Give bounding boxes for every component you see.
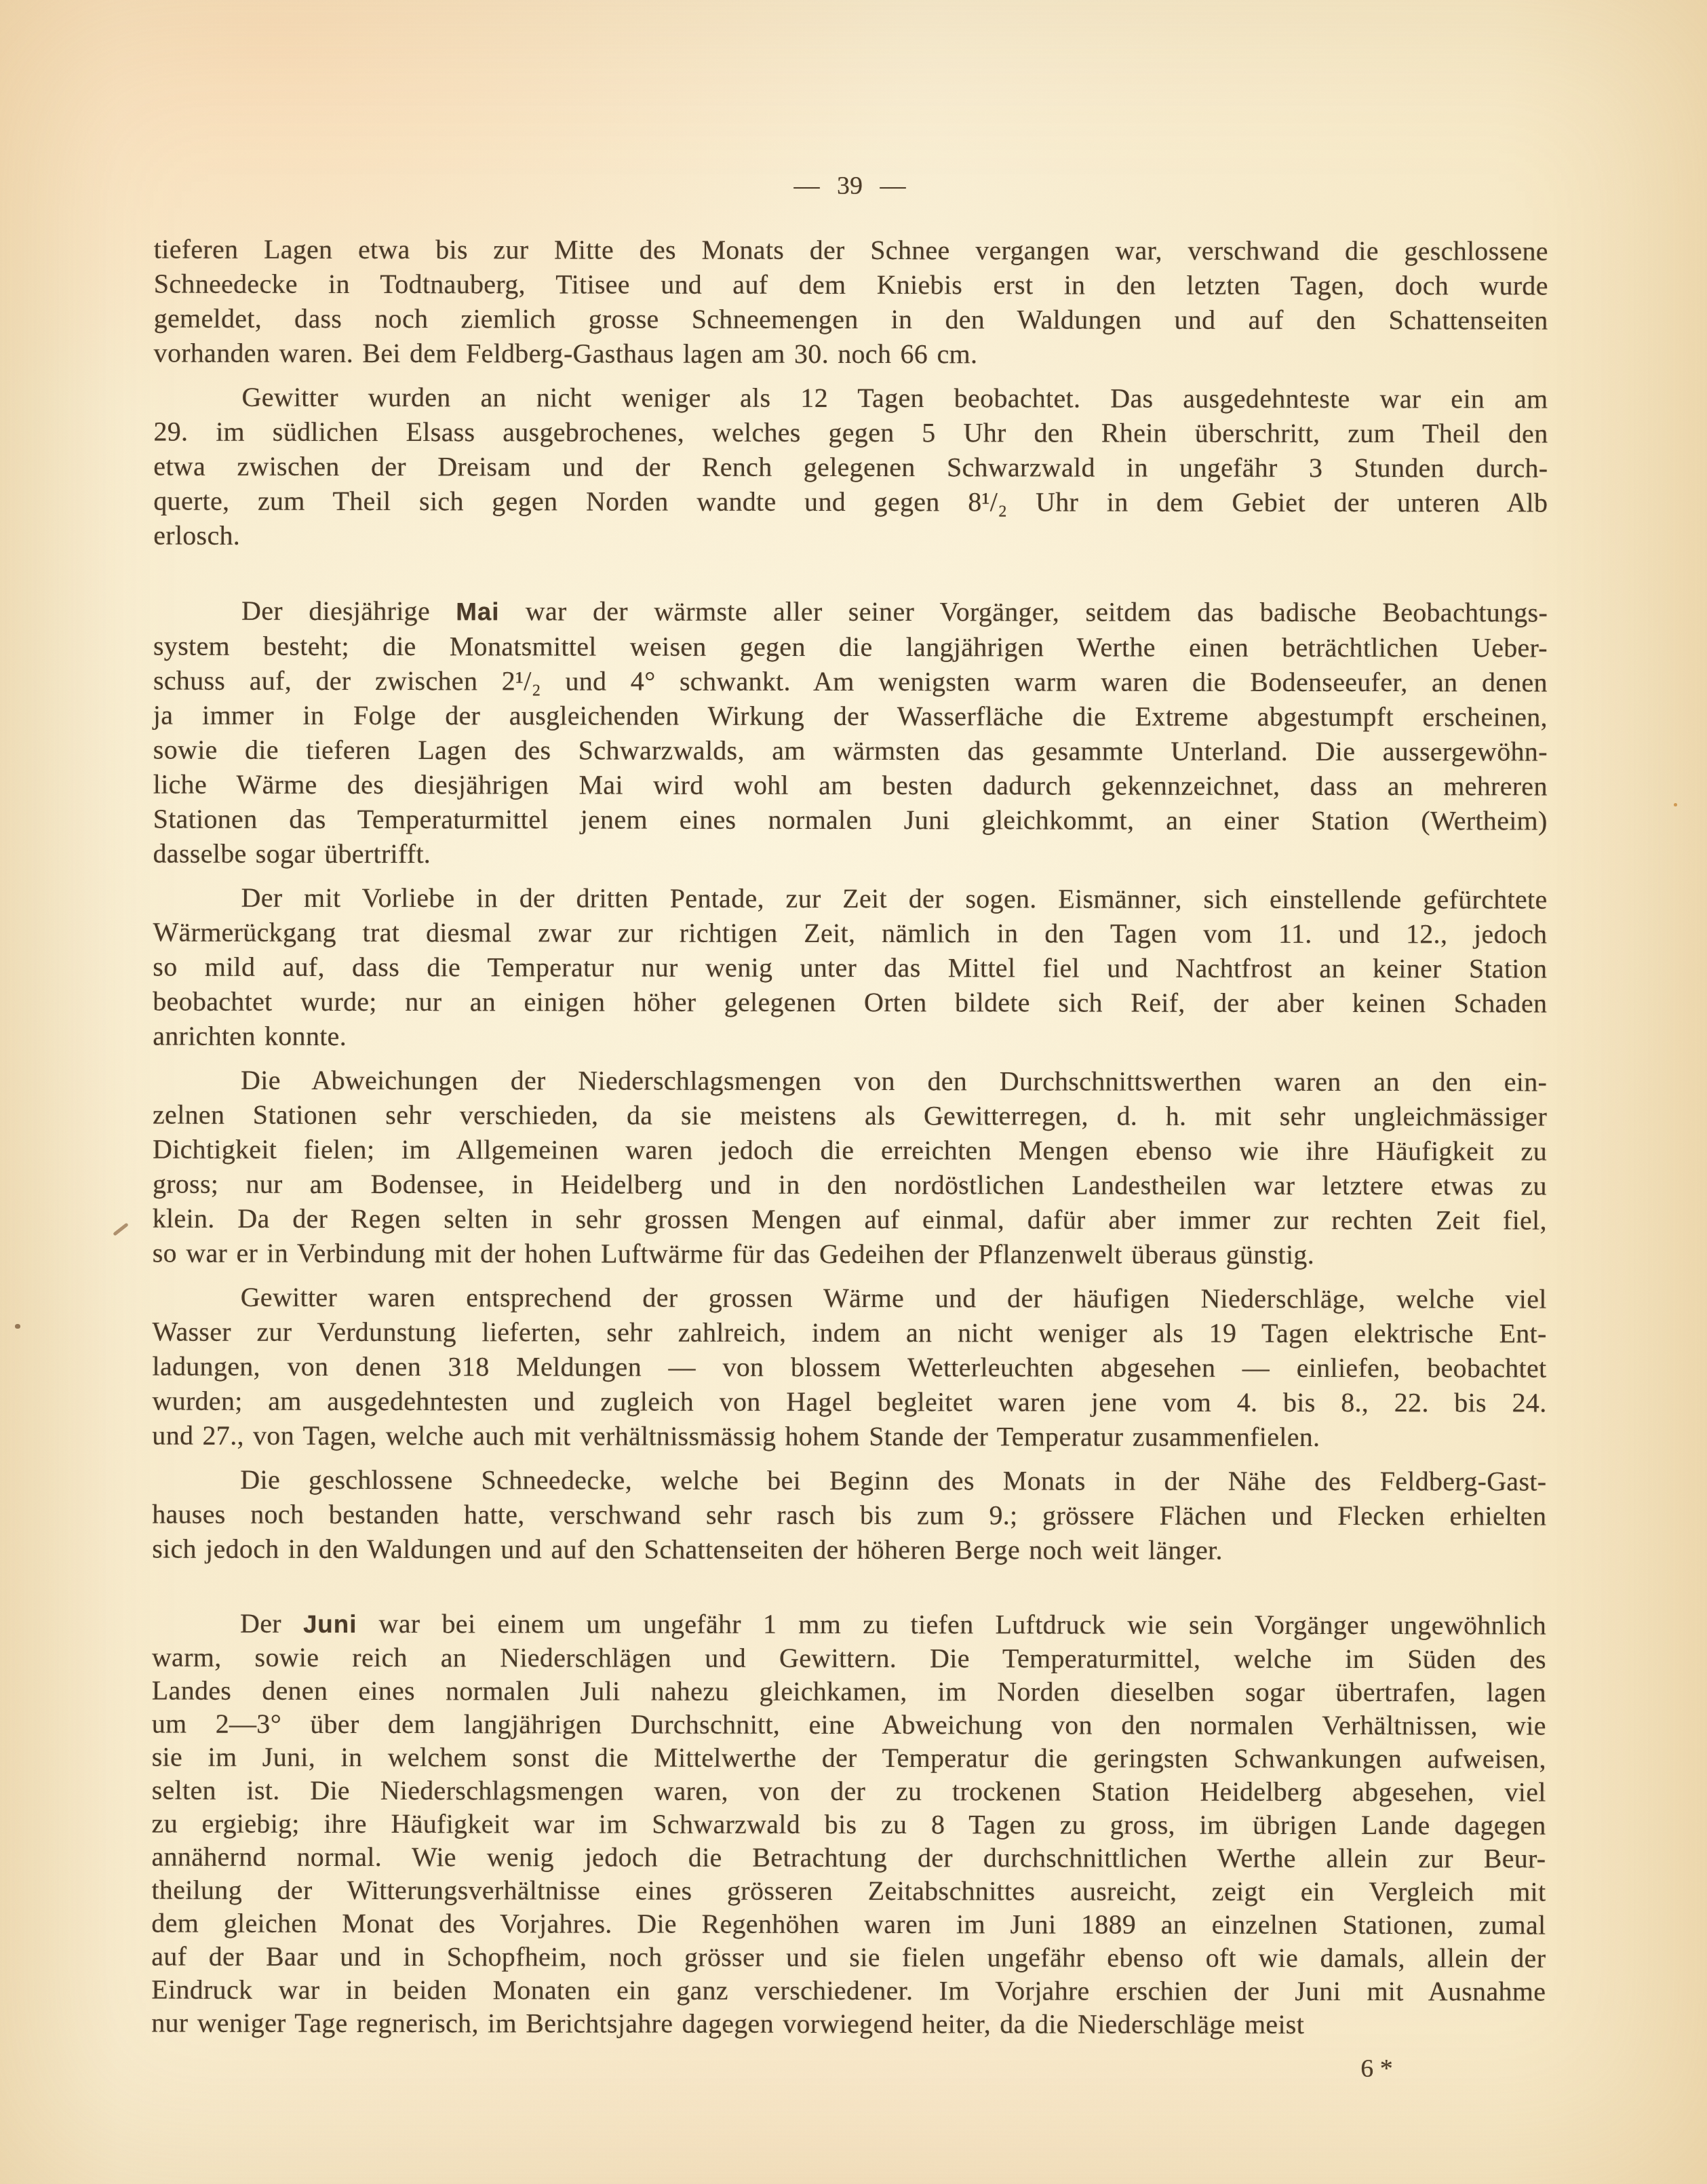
text-line: Stationen das Temperaturmittel jenem ein… xyxy=(153,802,1548,838)
text-line: klein. Da der Regen selten in sehr gross… xyxy=(153,1201,1547,1238)
text-line: beobachtet wurde; nur an einigen höher g… xyxy=(153,984,1547,1021)
text-line: Der diesjährige Mai war der wärmste alle… xyxy=(153,593,1548,631)
paragraph: Die geschlossene Schneedecke, welche bei… xyxy=(152,1462,1546,1568)
text-line: auf der Baar und in Schopfheim, noch grö… xyxy=(151,1940,1546,1975)
text-line: hauses noch bestanden hatte, verschwand … xyxy=(152,1497,1546,1534)
text-line: vorhanden waren. Bei dem Feldberg-Gastha… xyxy=(154,336,1548,372)
text-line: Wärmerückgang trat diesmal zwar zur rich… xyxy=(153,915,1547,952)
paper-speck xyxy=(15,1324,20,1329)
page-number: — 39 — xyxy=(153,171,1547,201)
text-line: erlosch. xyxy=(153,518,1548,555)
text-line: gross; nur am Bodensee, in Heidelberg un… xyxy=(153,1167,1547,1203)
paragraph: Die Abweichungen der Niederschlagsmengen… xyxy=(153,1063,1547,1272)
text-line: etwa zwischen der Dreisam und der Rench … xyxy=(153,449,1548,486)
text-line: gemeldet, dass noch ziemlich grosse Schn… xyxy=(154,301,1548,338)
text-line: schuss auf, der zwischen 2¹/₂ und 4° sch… xyxy=(153,663,1548,700)
text-line: nur weniger Tage regnerisch, im Berichts… xyxy=(151,2006,1546,2042)
paragraph: Gewitter waren entsprechend der grossen … xyxy=(152,1280,1546,1455)
scanned-page: — 39 — tieferen Lagen etwa bis zur Mitte… xyxy=(0,0,1707,2184)
text-line: warm, sowie reich an Niederschlägen und … xyxy=(152,1641,1546,1676)
text-line: zu ergiebig; ihre Häufigkeit war im Schw… xyxy=(152,1807,1546,1842)
text-line: dem gleichen Monat des Vorjahres. Die Re… xyxy=(151,1907,1546,1942)
text-line: 29. im südlichen Elsass ausgebrochenes, … xyxy=(153,414,1548,451)
paragraph: tieferen Lagen etwa bis zur Mitte des Mo… xyxy=(154,232,1548,372)
text-line: Wasser zur Verdunstung lieferten, sehr z… xyxy=(153,1314,1547,1351)
text-line: so war er in Verbindung mit der hohen Lu… xyxy=(153,1236,1547,1272)
text-line: zelnen Stationen sehr verschieden, da si… xyxy=(153,1097,1547,1134)
text-line: Landes denen eines normalen Juli nahezu … xyxy=(152,1674,1546,1709)
paragraph: Gewitter wurden an nicht weniger als 12 … xyxy=(153,380,1548,555)
text-line: Die geschlossene Schneedecke, welche bei… xyxy=(152,1462,1546,1499)
text-line: Gewitter wurden an nicht weniger als 12 … xyxy=(153,380,1548,416)
text-line: wurden; am ausgedehntesten und zugleich … xyxy=(152,1384,1546,1420)
paper-speck xyxy=(1674,803,1677,806)
text-line: querte, zum Theil sich gegen Norden wand… xyxy=(153,484,1548,520)
paragraph: Der mit Vorliebe in der dritten Pentade,… xyxy=(153,880,1547,1055)
pencil-check-mark xyxy=(113,1223,129,1236)
page-text: tieferen Lagen etwa bis zur Mitte des Mo… xyxy=(151,232,1548,2051)
text-line: Dichtigkeit fielen; im Allgemeinen waren… xyxy=(153,1132,1547,1169)
text-line: sich jedoch in den Waldungen und auf den… xyxy=(152,1532,1546,1568)
paragraph: Der diesjährige Mai war der wärmste alle… xyxy=(153,593,1548,873)
text-line: sie im Juni, in welchem sonst die Mittel… xyxy=(152,1740,1546,1776)
text-line: ladungen, von denen 318 Meldungen — von … xyxy=(153,1349,1547,1386)
text-line: anrichten konnte. xyxy=(153,1019,1547,1055)
printer-signature: 6 * xyxy=(1309,2054,1445,2084)
text-line: annähernd normal. Wie wenig jedoch die B… xyxy=(151,1840,1546,1875)
text-line: tieferen Lagen etwa bis zur Mitte des Mo… xyxy=(154,232,1548,269)
text-line: selten ist. Die Niederschlagsmengen ware… xyxy=(152,1774,1546,1809)
text-line: Eindruck war in beiden Monaten ein ganz … xyxy=(151,1973,1546,2008)
text-line: Gewitter waren entsprechend der grossen … xyxy=(153,1280,1547,1317)
text-line: sowie die tieferen Lagen des Schwarzwald… xyxy=(153,733,1548,769)
text-line: um 2—3° über dem langjährigen Durchschni… xyxy=(152,1707,1546,1742)
text-line: und 27., von Tagen, welche auch mit verh… xyxy=(152,1418,1546,1455)
text-line: Der mit Vorliebe in der dritten Pentade,… xyxy=(153,880,1547,917)
text-line: liche Wärme des diesjährigen Mai wird wo… xyxy=(153,767,1548,804)
text-line: Der Juni war bei einem um ungefähr 1 mm … xyxy=(152,1607,1546,1643)
paragraph: Der Juni war bei einem um ungefähr 1 mm … xyxy=(151,1607,1546,2042)
text-line: so mild auf, dass die Temperatur nur wen… xyxy=(153,950,1547,986)
text-line: Schneedecke in Todtnauberg, Titisee und … xyxy=(154,267,1548,303)
text-line: system besteht; die Monatsmittel weisen … xyxy=(153,629,1548,665)
text-line: theilung der Witterungsverhältnisse eine… xyxy=(151,1873,1546,1909)
text-line: ja immer in Folge der ausgleichenden Wir… xyxy=(153,698,1548,735)
text-line: dasselbe sogar übertrifft. xyxy=(153,836,1548,873)
text-line: Die Abweichungen der Niederschlagsmengen… xyxy=(153,1063,1547,1099)
